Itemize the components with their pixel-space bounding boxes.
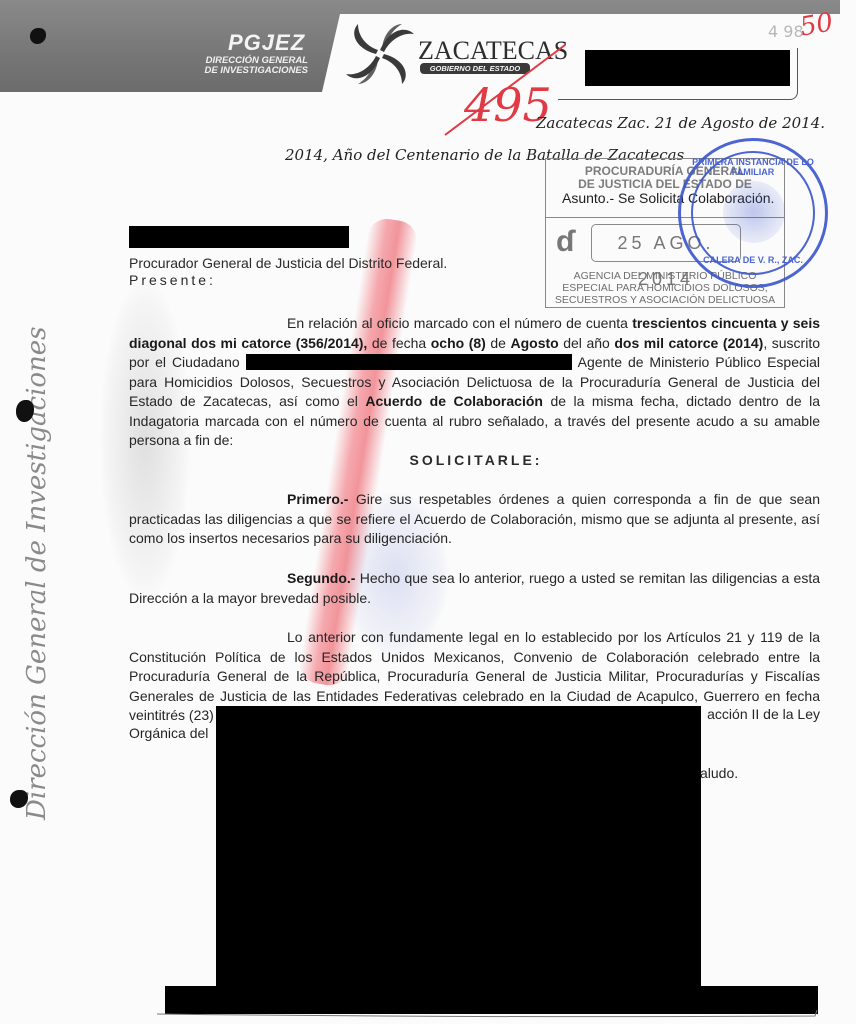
redacted-signature-block: [216, 706, 701, 986]
agency-abbrev: PGJEZ: [228, 30, 305, 56]
paragraph-segundo: Segundo.- Hecho que sea lo anterior, rue…: [129, 569, 820, 608]
section-heading-solicitarle: SOLICITARLE:: [0, 452, 856, 468]
footer-rule: [155, 1010, 825, 1022]
seal-top-text: PRIMERA INSTANCIA DE LO FAMILIAR: [681, 157, 825, 177]
seal-bottom-text: CALERA DE V. R., ZAC.: [681, 255, 825, 265]
pencil-corner-annotation: 4 98: [768, 22, 804, 41]
legal-basis-tail-2: Orgánica del: [129, 724, 229, 744]
eagle-emblem-icon: [723, 181, 785, 243]
paragraph-primero: Primero.- Gire sus respetables órdenes a…: [129, 490, 820, 549]
legal-basis-tail: acción II de la Ley: [700, 705, 820, 725]
redacted-folio: [585, 50, 790, 86]
greeting: Presente:: [129, 272, 216, 288]
redacted-addressee-name: [129, 226, 349, 248]
addressee-title: Procurador General de Justicia del Distr…: [129, 255, 447, 271]
redacted-citizen-name: [246, 354, 572, 370]
stamp-logo-icon: ɗ: [556, 225, 582, 259]
closing-fragment: aludo.: [700, 764, 760, 784]
date-line: Zacatecas Zac. 21 de Agosto de 2014.: [536, 114, 825, 132]
zacatecas-swirl-logo-icon: [344, 22, 416, 86]
paragraph-reference: En relación al oficio marcado con el núm…: [129, 314, 820, 451]
agency-division: DIRECCIÓN GENERAL DE INVESTIGACIONES: [178, 56, 308, 76]
court-seal: PRIMERA INSTANCIA DE LO FAMILIAR CALERA …: [678, 138, 828, 288]
